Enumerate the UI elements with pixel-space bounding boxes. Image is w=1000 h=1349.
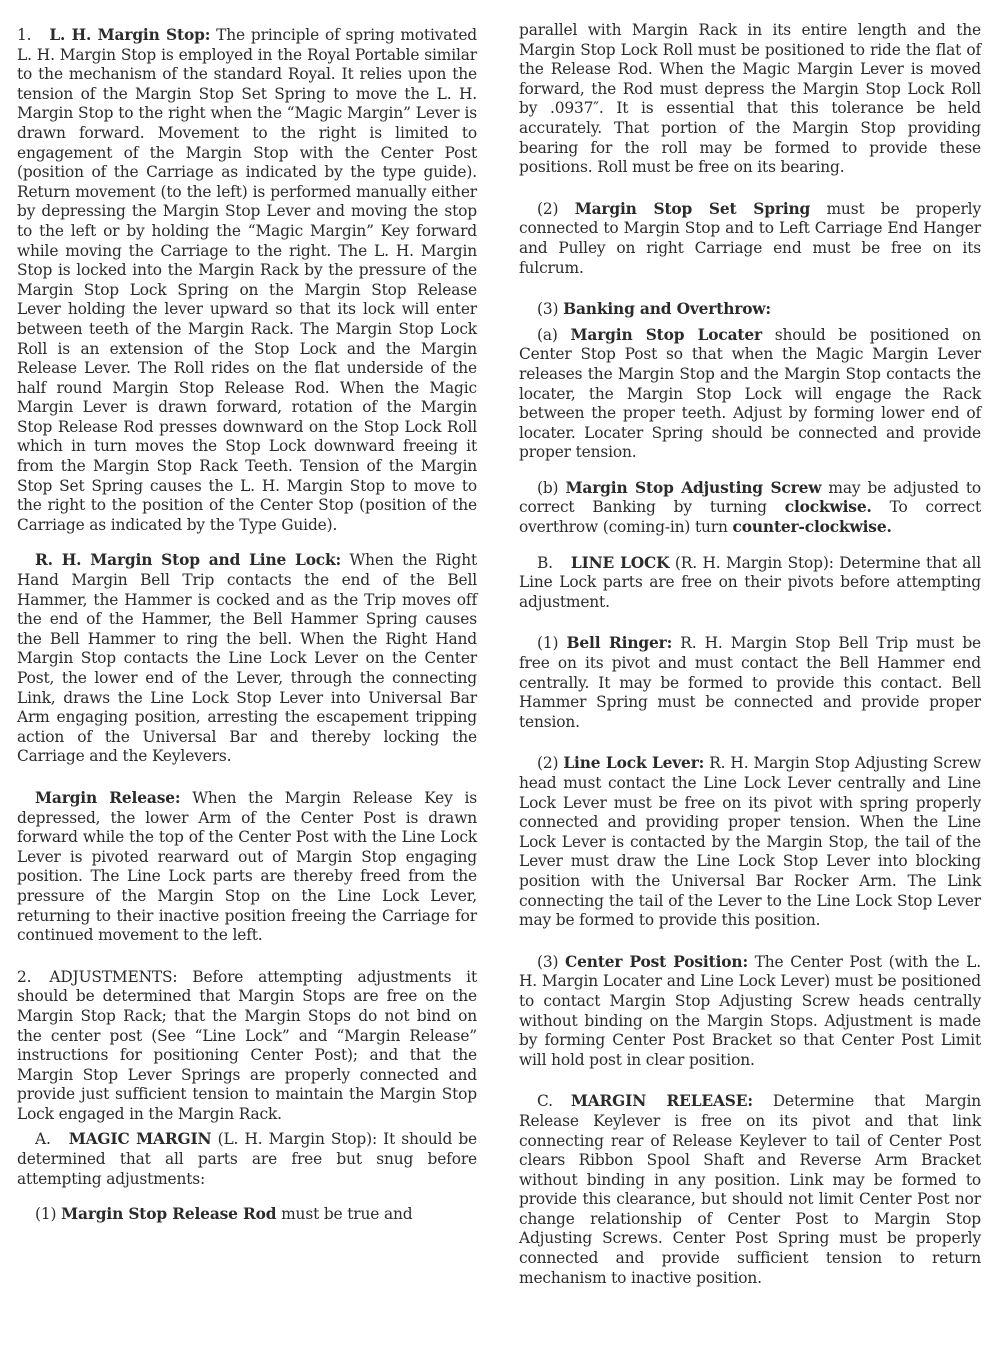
subsection-body: Determine that Margin Release Keylever i… (519, 1092, 981, 1286)
item-number: (3) (537, 953, 558, 971)
section-body: The principle of spring motivated L. H. … (17, 26, 477, 534)
subsection-b-line-lock: B.LINE LOCK (R. H. Margin Stop): Determi… (519, 554, 981, 613)
item-heading: Bell Ringer: (567, 634, 673, 652)
item-number: (a) (537, 326, 558, 344)
paragraph-heading: R. H. Margin Stop and Line Lock: (35, 551, 341, 569)
item-emphasis: clockwise. (785, 498, 872, 516)
item-body: must be true and (276, 1205, 412, 1223)
paragraph-margin-release: Margin Release: When the Margin Release … (17, 789, 477, 946)
subsection-letter: C. (537, 1092, 553, 1110)
item-a1-release-rod: (1) Margin Stop Release Rod must be true… (17, 1205, 477, 1225)
item-number: (2) (537, 200, 558, 218)
item-body: should be positioned on Center Stop Post… (519, 326, 981, 462)
item-a3a-locater: (a) Margin Stop Locater should be positi… (519, 326, 981, 463)
item-body: R. H. Margin Stop Adjusting Screw head m… (519, 754, 981, 929)
subsection-heading: LINE LOCK (571, 554, 669, 572)
item-heading: Margin Stop Release Rod (61, 1205, 276, 1223)
item-a1-continued: parallel with Margin Rack in its entire … (519, 21, 981, 178)
left-column: 1.L. H. Margin Stop: The principle of sp… (17, 26, 477, 1235)
subsection-heading: MARGIN RELEASE: (571, 1092, 753, 1110)
item-number: (3) (537, 300, 558, 318)
paragraph-body: When the Right Hand Margin Bell Trip con… (17, 551, 477, 765)
item-number: (2) (537, 754, 558, 772)
item-b2-line-lock-lever: (2) Line Lock Lever: R. H. Margin Stop A… (519, 754, 981, 930)
paragraph-heading: Margin Release: (35, 789, 180, 807)
item-number: (1) (537, 634, 558, 652)
item-heading: Banking and Overthrow: (563, 300, 771, 318)
item-heading: Margin Stop Set Spring (575, 200, 810, 218)
section-heading: ADJUSTMENTS: (49, 968, 177, 986)
item-number: (b) (537, 479, 558, 497)
subsection-a-magic-margin: A.MAGIC MARGIN (L. H. Margin Stop): It s… (17, 1130, 477, 1189)
paragraph-body: When the Margin Release Key is depressed… (17, 789, 477, 944)
item-heading: Margin Stop Locater (571, 326, 762, 344)
item-emphasis: counter-clockwise. (733, 518, 892, 536)
subsection-letter: B. (537, 554, 553, 572)
paragraph-rh-margin-stop-line-lock: R. H. Margin Stop and Line Lock: When th… (17, 551, 477, 767)
item-body: parallel with Margin Rack in its entire … (519, 21, 981, 176)
subsection-letter: A. (35, 1130, 51, 1148)
manual-page: 1.L. H. Margin Stop: The principle of sp… (0, 0, 1000, 1349)
item-a3-banking-overthrow: (3) Banking and Overthrow: (519, 300, 981, 320)
section-number: 2. (17, 968, 31, 986)
item-a2-set-spring: (2) Margin Stop Set Spring must be prope… (519, 200, 981, 278)
section-2-adjustments: 2.ADJUSTMENTS: Before attempting adjustm… (17, 968, 477, 1125)
item-heading: Margin Stop Adjusting Screw (566, 479, 822, 497)
right-column: parallel with Margin Rack in its entire … (519, 21, 981, 1298)
subsection-heading: MAGIC MARGIN (69, 1130, 212, 1148)
item-b1-bell-ringer: (1) Bell Ringer: R. H. Margin Stop Bell … (519, 634, 981, 732)
section-body: Before attempting adjustments it should … (17, 968, 477, 1123)
item-heading: Center Post Position: (565, 953, 748, 971)
subsection-c-margin-release: C.MARGIN RELEASE: Determine that Margin … (519, 1092, 981, 1288)
item-a3b-adjusting-screw: (b) Margin Stop Adjusting Screw may be a… (519, 479, 981, 538)
item-number: (1) (35, 1205, 56, 1223)
item-heading: Line Lock Lever: (563, 754, 704, 772)
section-heading: L. H. Margin Stop: (49, 26, 210, 44)
section-1-lh-margin-stop: 1.L. H. Margin Stop: The principle of sp… (17, 26, 477, 535)
section-number: 1. (17, 26, 31, 44)
item-b3-center-post-position: (3) Center Post Position: The Center Pos… (519, 953, 981, 1071)
